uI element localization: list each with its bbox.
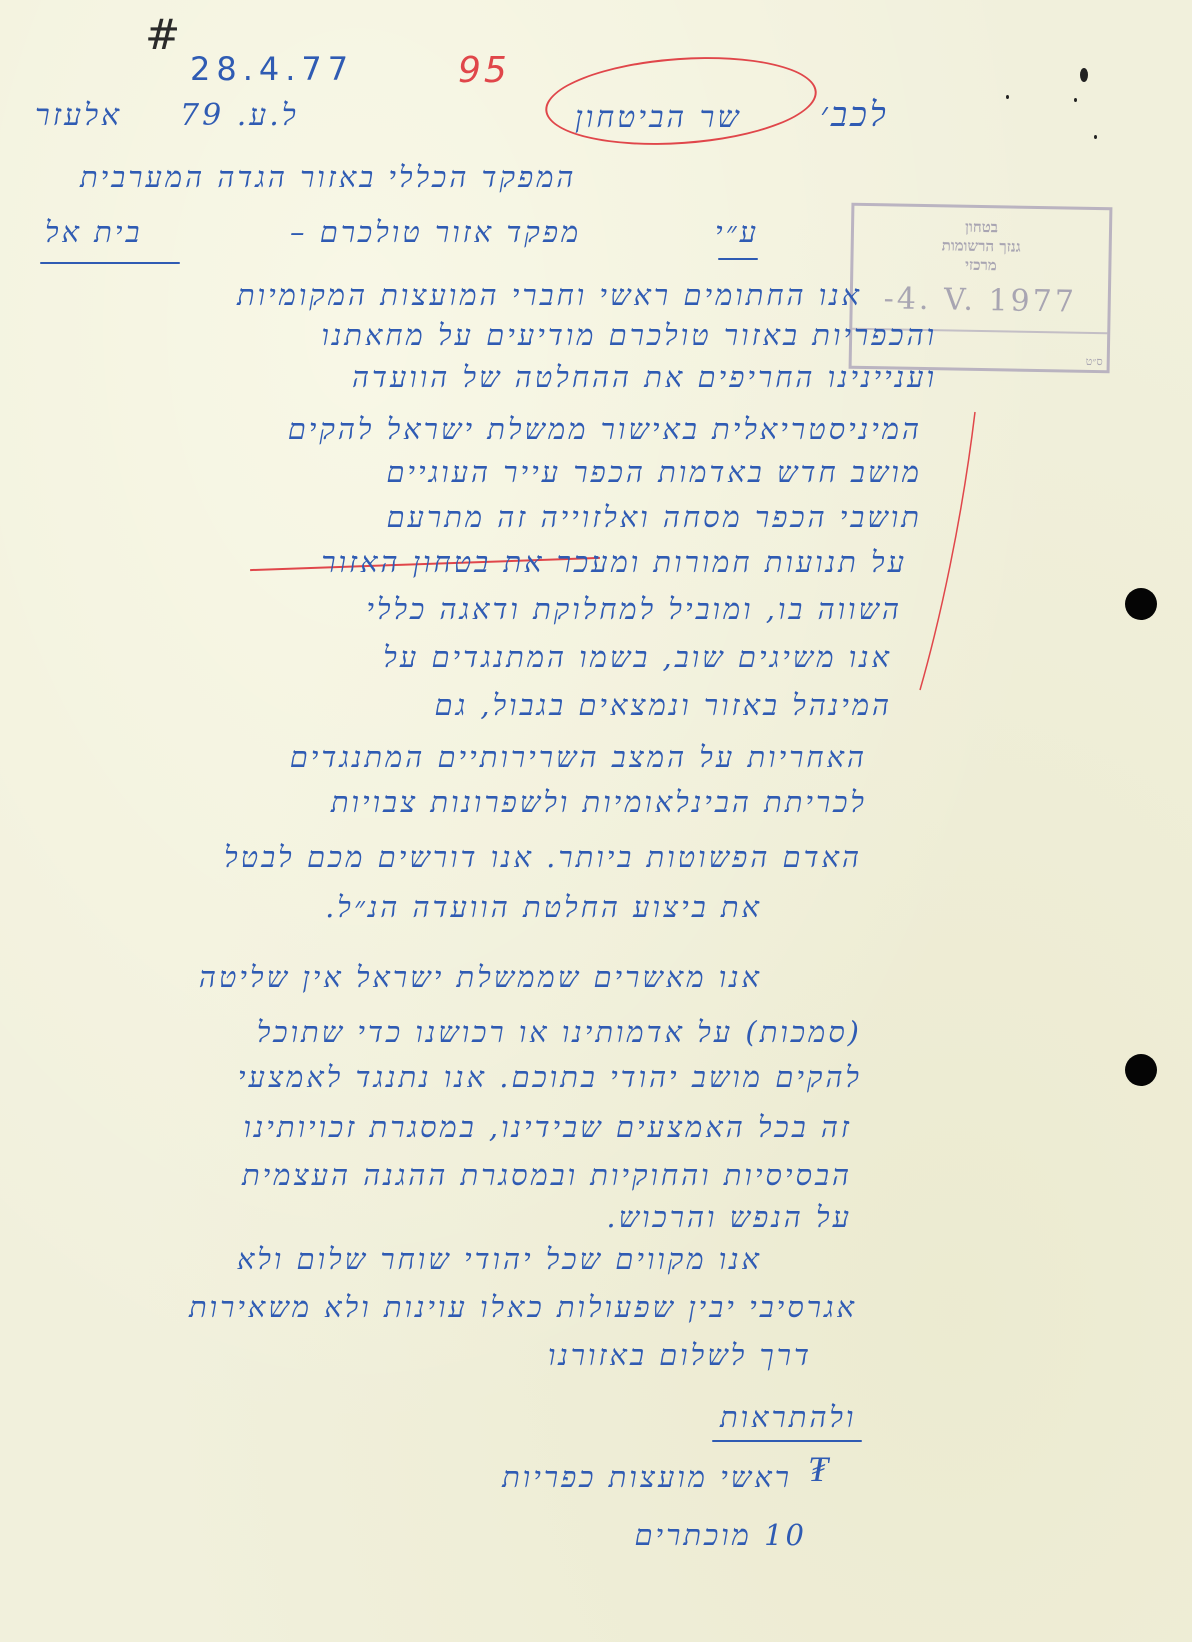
archive-mark: # <box>145 10 183 59</box>
body-line: על תנועות חמורות ומעכר את בטחון האזור <box>321 545 907 580</box>
binder-hole-top <box>1125 588 1157 620</box>
prefix-underline <box>718 258 758 260</box>
left-annotation-2: ל.ע. 79 <box>180 98 299 133</box>
body-line: אנו משיגים שוב, בשמו המתנגדים על <box>383 640 892 675</box>
paper-speck <box>1094 135 1097 139</box>
folio-number: 95 <box>458 50 510 91</box>
address-line-3-place: בית אל <box>45 215 142 250</box>
stamp-date: -4. V. 1977 <box>852 281 1108 320</box>
body-line: אגרסיבי יבין שפעולות כאלו עוינות ולא משא… <box>189 1290 857 1325</box>
place-underline <box>40 262 180 264</box>
body-line: אנו מקווים שכל יהודי שוחר שלום ולא <box>237 1242 762 1277</box>
salutation-underline <box>712 1440 862 1442</box>
paper-sheet: # 28.4.77 95 אלעזר ל.ע. 79 לכב׳ שר הביטח… <box>0 0 1192 1642</box>
body-line: ועניינינו החריפים את ההחלטה של הוועדה <box>352 360 937 395</box>
paper-speck <box>1074 98 1077 102</box>
body-line: להקים מושב יהודי בתוכם. אנו נתנגד לאמצעי <box>238 1060 862 1095</box>
body-line: האדם הפשוטות ביותר. אנו דורשים מכם לבטל <box>224 840 862 875</box>
body-line: זה בכל האמצעים שבידינו, במסגרת זכויותינו <box>243 1110 852 1145</box>
body-line: הבסיסיות והחוקיות ובמסגרת ההגנה העצמית <box>242 1158 852 1193</box>
address-line-2: המפקד הכללי באזור הגדה המערבית <box>80 160 576 195</box>
signatory-count: 10 מוכתרים <box>634 1518 807 1553</box>
body-line: והכפריות באזור טולכרם מודיעים על מחאתנו <box>321 318 937 353</box>
body-line: לכריתת הבינלאומיות ולשפרונות צבויות <box>331 785 867 820</box>
left-annotation: אלעזר <box>35 98 122 133</box>
address-line-3: מפקד אזור טולכרם – <box>290 215 581 250</box>
recipient: שר הביטחון <box>575 100 742 135</box>
body-line: אנו החתומים ראשי וחברי המועצות המקומיות <box>237 278 862 313</box>
body-line: דרך לשלום באזורנו <box>548 1338 812 1373</box>
letter-date: 28.4.77 <box>190 50 354 88</box>
body-line: האחריות על המצב השרירותיים המתנגדים <box>290 740 867 775</box>
address-line-3-prefix: ע״י <box>715 215 759 250</box>
stamp-footer: ס״ט <box>1086 355 1103 368</box>
body-line: המיניסטריאלית באישור ממשלת ישראל להקים <box>288 412 922 447</box>
body-line: מושב חדש באדמות הכפר עייר העוגיים <box>386 455 922 490</box>
signature-mark: ₮ <box>808 1448 831 1490</box>
binder-hole-bottom <box>1125 1054 1157 1086</box>
to-line: לכב׳ <box>820 95 889 135</box>
body-line: את ביצוע החלטת הוועדה הנ״ל. <box>325 890 762 925</box>
stamp-line-3: מרכזי <box>853 254 1108 277</box>
body-line: (סמכות) על אדמותינו או רכושנו כדי שתוכל <box>257 1015 862 1050</box>
body-line: השווה בו, ומוביל למחלוקת ודאגה כללי <box>366 592 902 627</box>
body-line: המינהל באזור ונמצאים בגבול, גם <box>434 688 892 723</box>
body-line: אנו מאשרים שממשלת ישראל אין שליטה <box>199 960 762 995</box>
paper-speck <box>1006 95 1009 99</box>
signatory: ראשי מועצות כפריות <box>502 1460 792 1495</box>
body-line: על הנפש והרכוש. <box>606 1200 852 1235</box>
paper-speck <box>1080 68 1088 82</box>
closing-salutation: ולהתראות <box>720 1400 856 1435</box>
body-line: תושבי הכפר מסחה ואלזוייה זה מתרעם <box>386 500 922 535</box>
